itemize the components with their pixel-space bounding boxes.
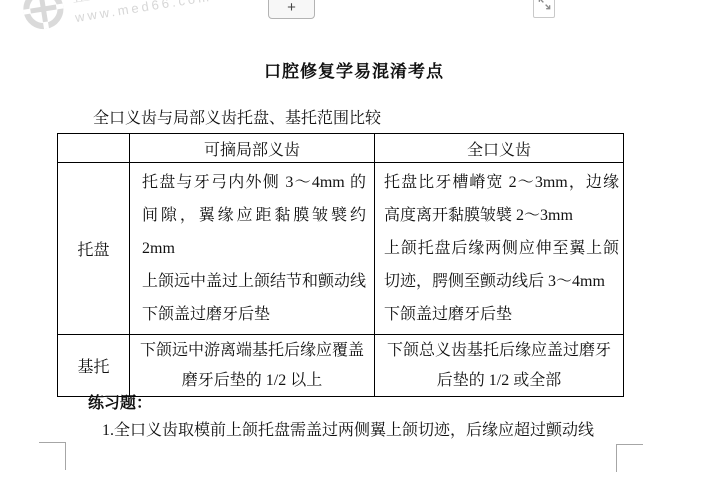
expand-icon — [537, 0, 552, 16]
cell-paragraph: 托盘比牙槽嵴宽 2～3mm，边缘高度离开黏膜皱襞 2～3mm — [384, 166, 619, 232]
cell-paragraph: 上颌托盘后缘两侧应伸至翼上颌切迹，腭侧至颤动线后 3～4mm — [384, 232, 619, 298]
row-label-baseplate: 基托 — [58, 335, 130, 397]
table-caption: 全口义齿与局部义齿托盘、基托范围比较 — [93, 105, 381, 128]
add-button[interactable]: + — [268, 0, 315, 19]
cell-paragraph: 下颌盖过磨牙后垫 — [384, 298, 619, 331]
plus-icon: + — [287, 0, 296, 16]
cell-tray-partial-denture: 托盘与牙弓内外侧 3～4mm 的间隙，翼缘应距黏膜皱襞约 2mm 上颌远中盖过上… — [130, 163, 375, 335]
med66-logo-icon — [18, 0, 69, 39]
page-title: 口腔修复学易混淆考点 — [0, 57, 708, 82]
watermark-brand-text: 正保医学教育网 — [70, 0, 226, 8]
cell-paragraph: 下颌总义齿基托后缘应盖过磨牙后垫的 1/2 或全部 — [381, 336, 617, 396]
cell-baseplate-complete-denture: 下颌总义齿基托后缘应盖过磨牙后垫的 1/2 或全部 — [375, 335, 624, 397]
comparison-table: 可摘局部义齿 全口义齿 托盘 托盘与牙弓内外侧 3～4mm 的间隙，翼缘应距黏膜… — [57, 133, 624, 397]
row-label-tray: 托盘 — [58, 163, 130, 335]
header-cell-empty — [58, 134, 130, 163]
cell-paragraph: 下颌远中游离端基托后缘应覆盖磨牙后垫的 1/2 以上 — [136, 336, 368, 396]
expand-button[interactable] — [533, 0, 555, 18]
table-row-baseplate: 基托 下颌远中游离端基托后缘应覆盖磨牙后垫的 1/2 以上 下颌总义齿基托后缘应… — [58, 335, 624, 397]
page-corner-mark-left — [39, 442, 66, 470]
cell-tray-complete-denture: 托盘比牙槽嵴宽 2～3mm，边缘高度离开黏膜皱襞 2～3mm 上颌托盘后缘两侧应… — [375, 163, 624, 335]
cell-paragraph: 下颌盖过磨牙后垫 — [142, 298, 366, 331]
practice-section-heading: 练习题： — [88, 390, 152, 413]
cell-paragraph: 上颌远中盖过上颌结节和颤动线 — [142, 265, 366, 298]
watermark-url-text: www.med66.com — [74, 0, 228, 25]
header-cell-complete-denture: 全口义齿 — [375, 134, 624, 163]
practice-item-1: 1.全口义齿取模前上颌托盘需盖过两侧翼上颌切迹，后缘应超过颤动线 — [102, 417, 594, 440]
header-cell-partial-denture: 可摘局部义齿 — [130, 134, 375, 163]
cell-baseplate-partial-denture: 下颌远中游离端基托后缘应覆盖磨牙后垫的 1/2 以上 — [130, 335, 375, 397]
page-corner-mark-right — [616, 444, 643, 472]
table-row-tray: 托盘 托盘与牙弓内外侧 3～4mm 的间隙，翼缘应距黏膜皱襞约 2mm 上颌远中… — [58, 163, 624, 335]
cell-paragraph: 托盘与牙弓内外侧 3～4mm 的间隙，翼缘应距黏膜皱襞约 2mm — [142, 166, 366, 265]
watermark: 正保医学教育网 www.med66.com — [18, 0, 229, 39]
table-header-row: 可摘局部义齿 全口义齿 — [58, 134, 624, 163]
